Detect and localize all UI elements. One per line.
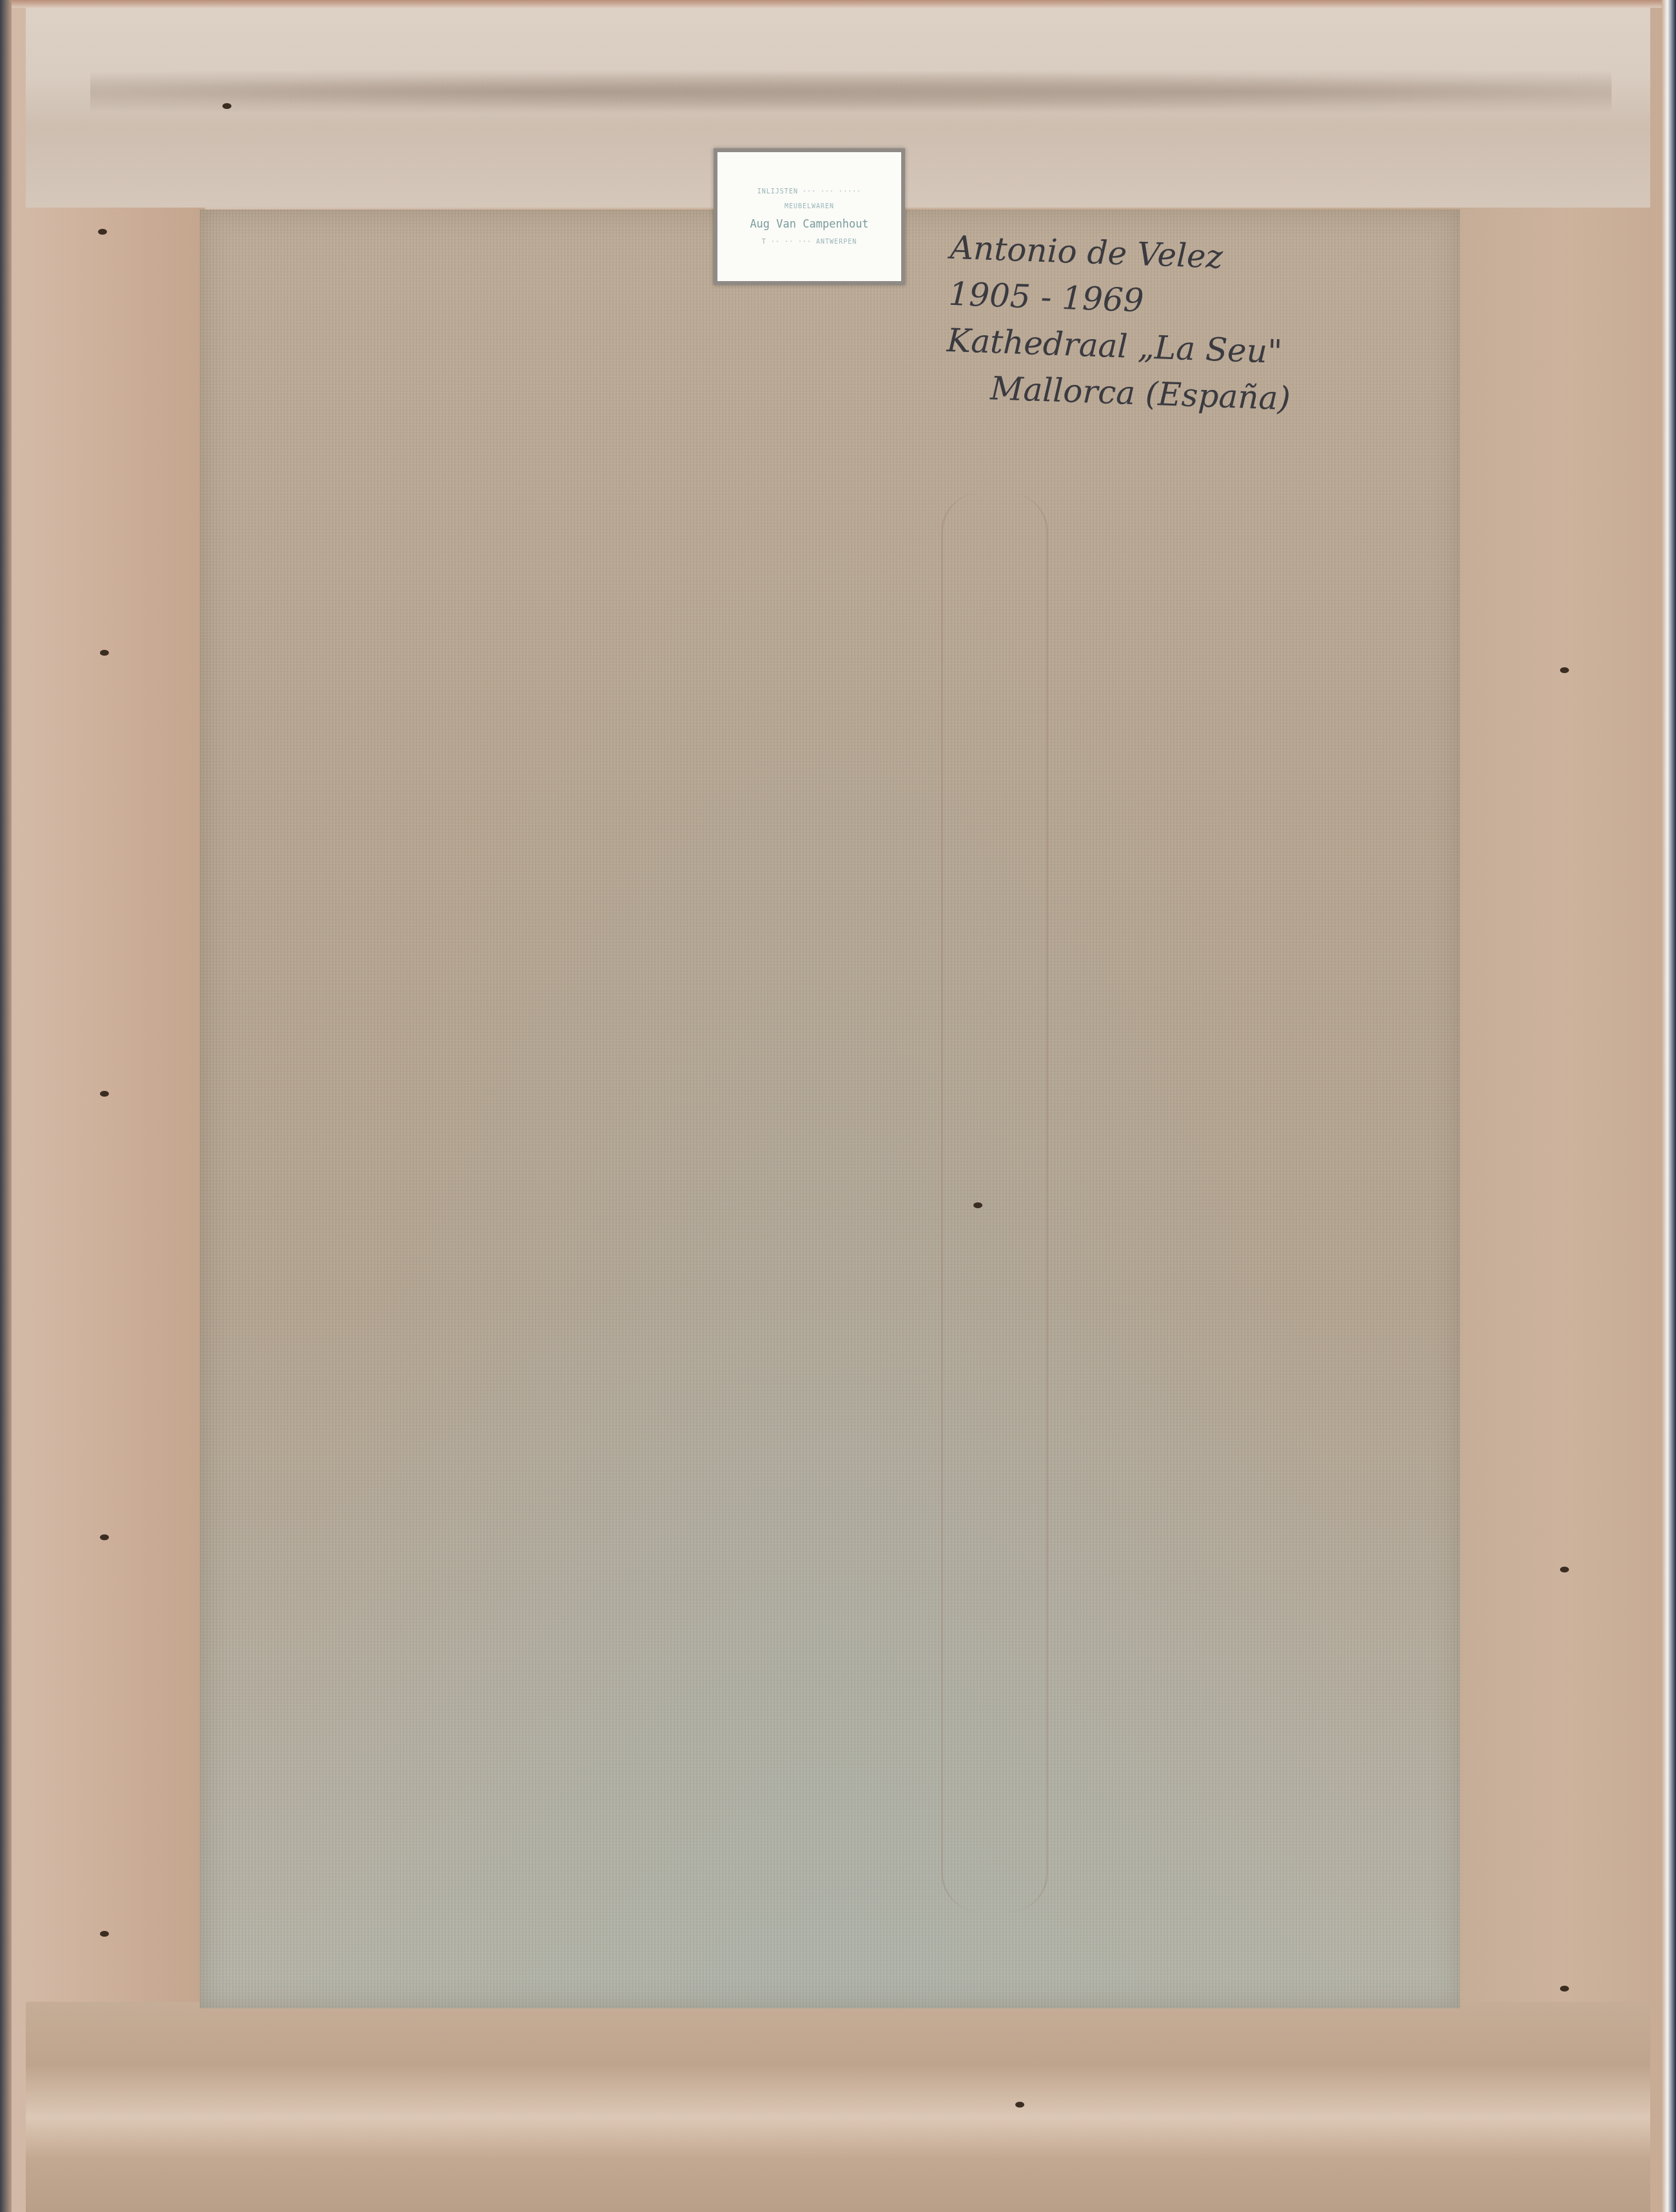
nail-icon	[100, 1091, 109, 1097]
nail-icon	[100, 1931, 109, 1937]
nail-icon	[1560, 1567, 1569, 1572]
label-framer-name: Aug Van Campenhout	[717, 218, 901, 231]
frame-edge-left	[0, 0, 12, 2212]
label-line-2: MEUBELWAREN	[717, 203, 901, 210]
photo-back-of-painting: INLIJSTEN ··· ··· ····· MEUBELWAREN Aug …	[0, 0, 1676, 2212]
handwritten-inscription: Antonio de Velez 1905 - 1969 Kathedraal …	[944, 224, 1402, 426]
nail-icon	[1560, 667, 1569, 673]
framer-label: INLIJSTEN ··· ··· ····· MEUBELWAREN Aug …	[714, 148, 905, 285]
paper-tape-left	[12, 8, 205, 2212]
nail-icon	[1015, 2102, 1024, 2108]
nail-icon	[100, 650, 109, 656]
nail-icon	[1560, 1986, 1569, 1992]
paper-tape-bottom	[26, 2002, 1650, 2212]
nail-icon	[222, 103, 231, 109]
frame-edge-top	[0, 0, 1676, 8]
paper-tape-right	[1460, 8, 1662, 2212]
nail-icon	[100, 1534, 109, 1540]
canvas-back	[200, 210, 1460, 2008]
nail-icon	[98, 229, 107, 235]
stain-spot	[973, 1202, 982, 1208]
label-line-4: T ·· ·· ··· ANTWERPEN	[717, 239, 901, 246]
label-line-1: INLIJSTEN ··· ··· ·····	[717, 188, 901, 195]
water-stain	[941, 493, 1048, 1912]
frame-edge-right	[1662, 0, 1676, 2212]
